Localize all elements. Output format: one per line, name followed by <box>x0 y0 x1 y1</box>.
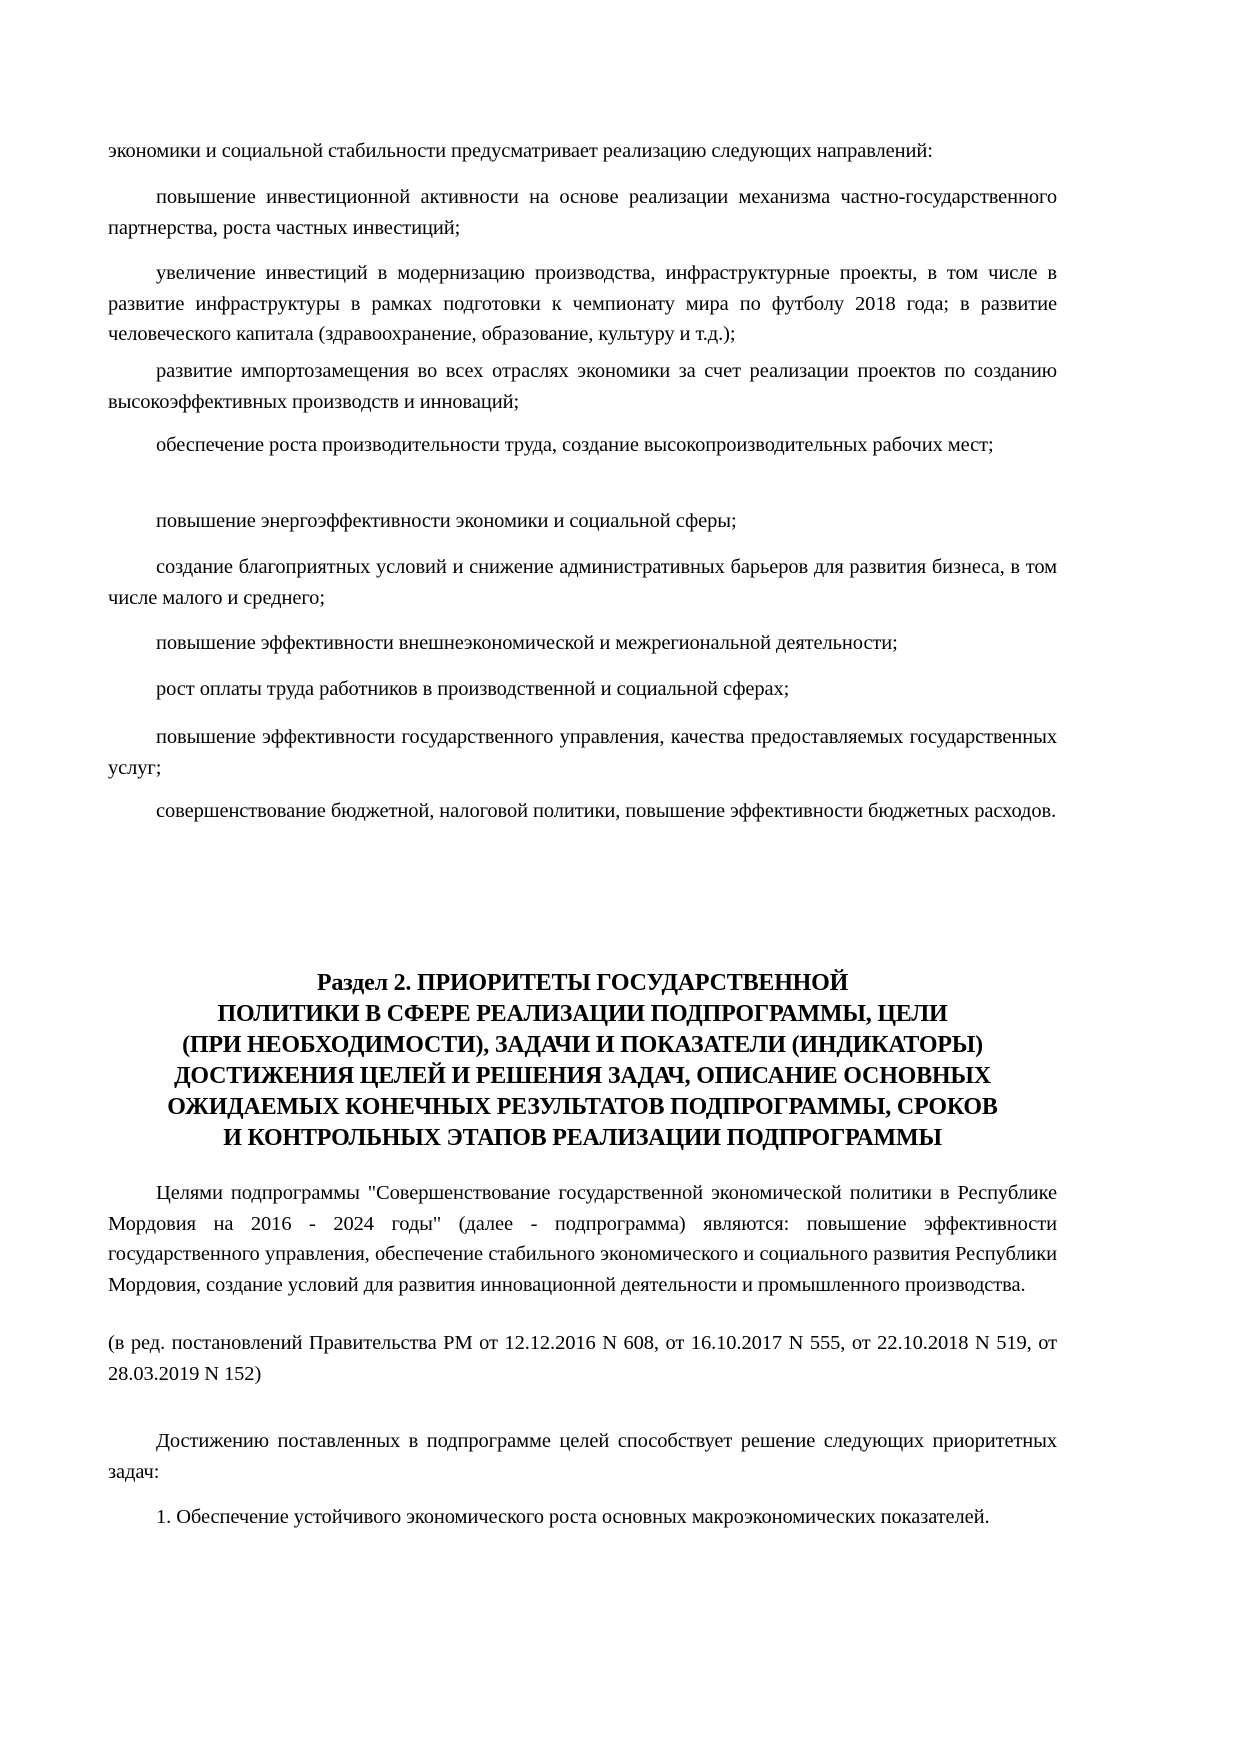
paragraph-labor-productivity: обеспечение роста производительности тру… <box>108 430 1057 461</box>
paragraph-wage-growth: рост оплаты труда работников в производс… <box>108 674 1057 705</box>
section-heading: Раздел 2. ПРИОРИТЕТЫ ГОСУДАРСТВЕННОЙ ПОЛ… <box>108 968 1057 1154</box>
paragraph-subprogram-goals: Целями подпрограммы "Совершенствование г… <box>108 1178 1057 1300</box>
paragraph-import-substitution: развитие импортозамещения во всех отрасл… <box>108 356 1057 417</box>
task-item-1: 1. Обеспечение устойчивого экономическог… <box>108 1502 1057 1533</box>
paragraph-foreign-economic: повышение эффективности внешнеэкономичес… <box>108 628 1057 659</box>
section-heading-line: ДОСТИЖЕНИЯ ЦЕЛЕЙ И РЕШЕНИЯ ЗАДАЧ, ОПИСАН… <box>108 1061 1057 1092</box>
section-heading-line: ОЖИДАЕМЫХ КОНЕЧНЫХ РЕЗУЛЬТАТОВ ПОДПРОГРА… <box>108 1092 1057 1123</box>
section-heading-line: (ПРИ НЕОБХОДИМОСТИ), ЗАДАЧИ И ПОКАЗАТЕЛИ… <box>108 1030 1057 1061</box>
paragraph-investment-modernization: увеличение инвестиций в модернизацию про… <box>108 258 1057 350</box>
paragraph-public-administration: повышение эффективности государственного… <box>108 722 1057 783</box>
paragraph-intro-continuation: экономики и социальной стабильности пред… <box>108 136 1057 167</box>
paragraph-tasks-intro: Достижению поставленных в подпрограмме ц… <box>108 1426 1057 1487</box>
section-heading-line: ПОЛИТИКИ В СФЕРЕ РЕАЛИЗАЦИИ ПОДПРОГРАММЫ… <box>108 999 1057 1030</box>
paragraph-investment-activity: повышение инвестиционной активности на о… <box>108 182 1057 243</box>
paragraph-energy-efficiency: повышение энергоэффективности экономики … <box>108 506 1057 537</box>
amendment-note: (в ред. постановлений Правительства РМ о… <box>108 1328 1057 1389</box>
paragraph-business-conditions: создание благоприятных условий и снижени… <box>108 552 1057 613</box>
section-heading-line: И КОНТРОЛЬНЫХ ЭТАПОВ РЕАЛИЗАЦИИ ПОДПРОГР… <box>108 1123 1057 1154</box>
paragraph-budget-policy: совершенствование бюджетной, налоговой п… <box>108 796 1057 827</box>
section-heading-line: Раздел 2. ПРИОРИТЕТЫ ГОСУДАРСТВЕННОЙ <box>108 968 1057 999</box>
